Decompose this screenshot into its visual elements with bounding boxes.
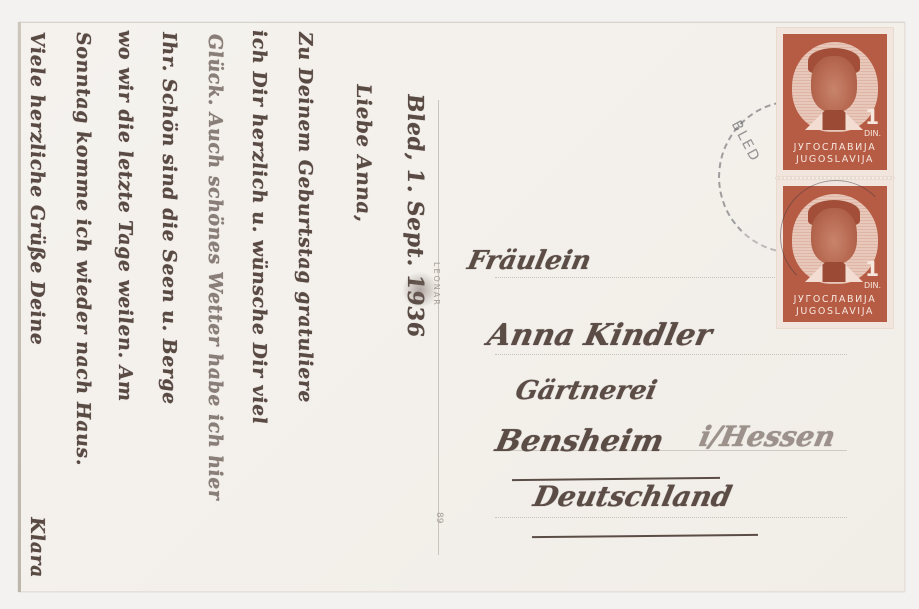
stamp-country-cyrillic: ЈУГОСЛАВИЈА [783,142,887,153]
stamp-value: 1 [865,108,879,126]
postage-stamp: 1 DIN. ЈУГОСЛАВИЈА JUGOSLAVIJA [777,28,893,176]
address-name: Anna Kindler [484,318,715,353]
card-number: 89 [434,512,444,523]
stamp-country-latin: JUGOSLAVIJA [783,154,887,165]
center-divider [438,100,439,555]
address-city: Bensheim [492,424,667,459]
address-business: Gärtnerei [513,376,660,406]
message-line: ich Dir herzlich u. wünsche Dir viel [248,29,270,425]
message-signature: Klara [26,516,48,578]
stamp-unit: DIN. [864,129,881,138]
address-title: Fräulein [465,246,594,276]
stamp-country-latin: JUGOSLAVIJA [783,306,887,317]
message-line: Glück. Auch schönes Wetter habe ich hier [204,33,226,501]
portrait-icon [811,56,857,112]
address-country: Deutschland [530,480,734,513]
address-region: i/Hessen [696,420,838,453]
stamp-perforation [775,177,895,179]
message-line: wo wir die letzte Tage weilen. Am [114,29,136,402]
message-line: Zu Deinem Geburtstag gratuliere [294,31,316,403]
message-line: Ihr. Schön sind die Seen u. Berge [158,31,180,405]
stamp-country-cyrillic: ЈУГОСЛАВИЈА [783,294,887,305]
address-rule [495,517,847,518]
address-rule [495,354,847,355]
message-salutation: Liebe Anna, [352,83,376,223]
publisher-mark: LEONAR [432,262,441,307]
message-line: Viele herzliche Grüße Deine [26,31,48,346]
message-line: Sonntag komme ich wieder nach Haus. [72,31,94,466]
cancellation-arc [780,180,892,292]
